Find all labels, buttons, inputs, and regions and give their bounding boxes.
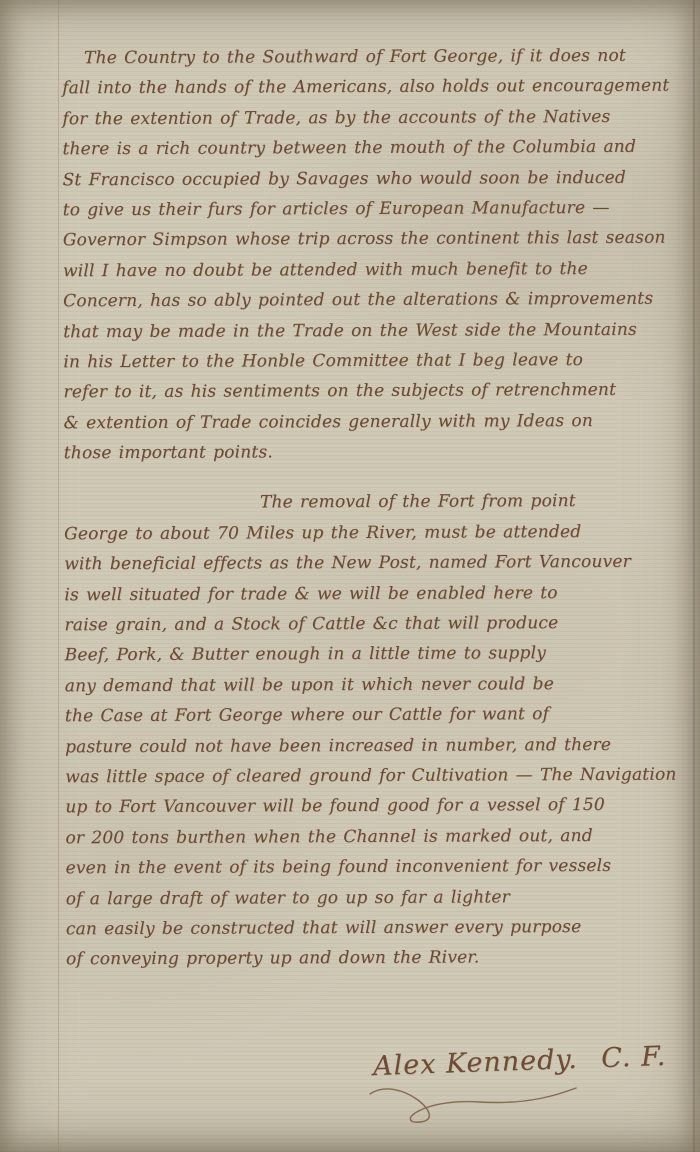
handwritten-line: to give us their furs for articles of Eu… bbox=[63, 193, 655, 226]
handwritten-line: the Case at Fort George where our Cattle… bbox=[65, 699, 657, 732]
signature-flourish bbox=[360, 1080, 580, 1126]
handwritten-line: even in the event of its being found inc… bbox=[66, 851, 658, 884]
handwritten-line: any demand that will be upon it which ne… bbox=[65, 669, 657, 702]
handwritten-line: is well situated for trade & we will be … bbox=[64, 577, 656, 610]
handwritten-line: those important points. bbox=[64, 436, 656, 469]
handwritten-line: can easily be constructed that will answ… bbox=[66, 912, 658, 945]
handwritten-line: pasture could not have been increased in… bbox=[65, 729, 657, 762]
handwritten-line: of a large draft of water to go up so fa… bbox=[66, 881, 658, 914]
handwritten-line: of conveying property up and down the Ri… bbox=[66, 942, 658, 975]
handwritten-line: Beef, Pork, & Butter enough in a little … bbox=[65, 638, 657, 671]
margin-rule bbox=[58, 0, 59, 1152]
paragraph: The Country to the Southward of Fort Geo… bbox=[62, 41, 656, 469]
handwritten-line: for the extention of Trade, as by the ac… bbox=[62, 101, 654, 134]
handwritten-line: fall into the hands of the Americans, al… bbox=[62, 71, 654, 104]
handwritten-line: The Country to the Southward of Fort Geo… bbox=[62, 41, 654, 74]
handwritten-line: with beneficial effects as the New Post,… bbox=[64, 547, 656, 580]
paragraph: The removal of the Fort from pointGeorge… bbox=[64, 486, 658, 975]
letter-body: The Country to the Southward of Fort Geo… bbox=[62, 41, 658, 975]
handwritten-line: Governor Simpson whose trip across the c… bbox=[63, 223, 655, 256]
handwritten-line: will I have no doubt be attended with mu… bbox=[63, 253, 655, 286]
handwritten-line: or 200 tons burthen when the Channel is … bbox=[65, 820, 657, 853]
handwritten-line: that may be made in the Trade on the Wes… bbox=[63, 314, 655, 347]
manuscript-page: The Country to the Southward of Fort Geo… bbox=[0, 0, 700, 1152]
signature: Alex Kennedy. C. F. bbox=[372, 1041, 666, 1082]
handwritten-line: up to Fort Vancouver will be found good … bbox=[65, 790, 657, 823]
handwritten-line: St Francisco occupied by Savages who wou… bbox=[63, 162, 655, 195]
signature-title: C. F. bbox=[600, 1041, 666, 1074]
handwritten-line: raise grain, and a Stock of Cattle &c th… bbox=[64, 608, 656, 641]
handwritten-line: there is a rich country between the mout… bbox=[62, 132, 654, 165]
page-edge bbox=[693, 0, 695, 1152]
handwritten-line: refer to it, as his sentiments on the su… bbox=[63, 375, 655, 408]
handwritten-line: George to about 70 Miles up the River, m… bbox=[64, 517, 656, 550]
handwritten-line: in his Letter to the Honble Committee th… bbox=[63, 345, 655, 378]
handwritten-line: Concern, has so ably pointed out the alt… bbox=[63, 284, 655, 317]
handwritten-line: The removal of the Fort from point bbox=[64, 486, 656, 519]
signature-name: Alex Kennedy. bbox=[372, 1044, 578, 1082]
handwritten-line: was little space of cleared ground for C… bbox=[65, 760, 657, 793]
handwritten-line: & extention of Trade coincides generally… bbox=[64, 405, 656, 438]
